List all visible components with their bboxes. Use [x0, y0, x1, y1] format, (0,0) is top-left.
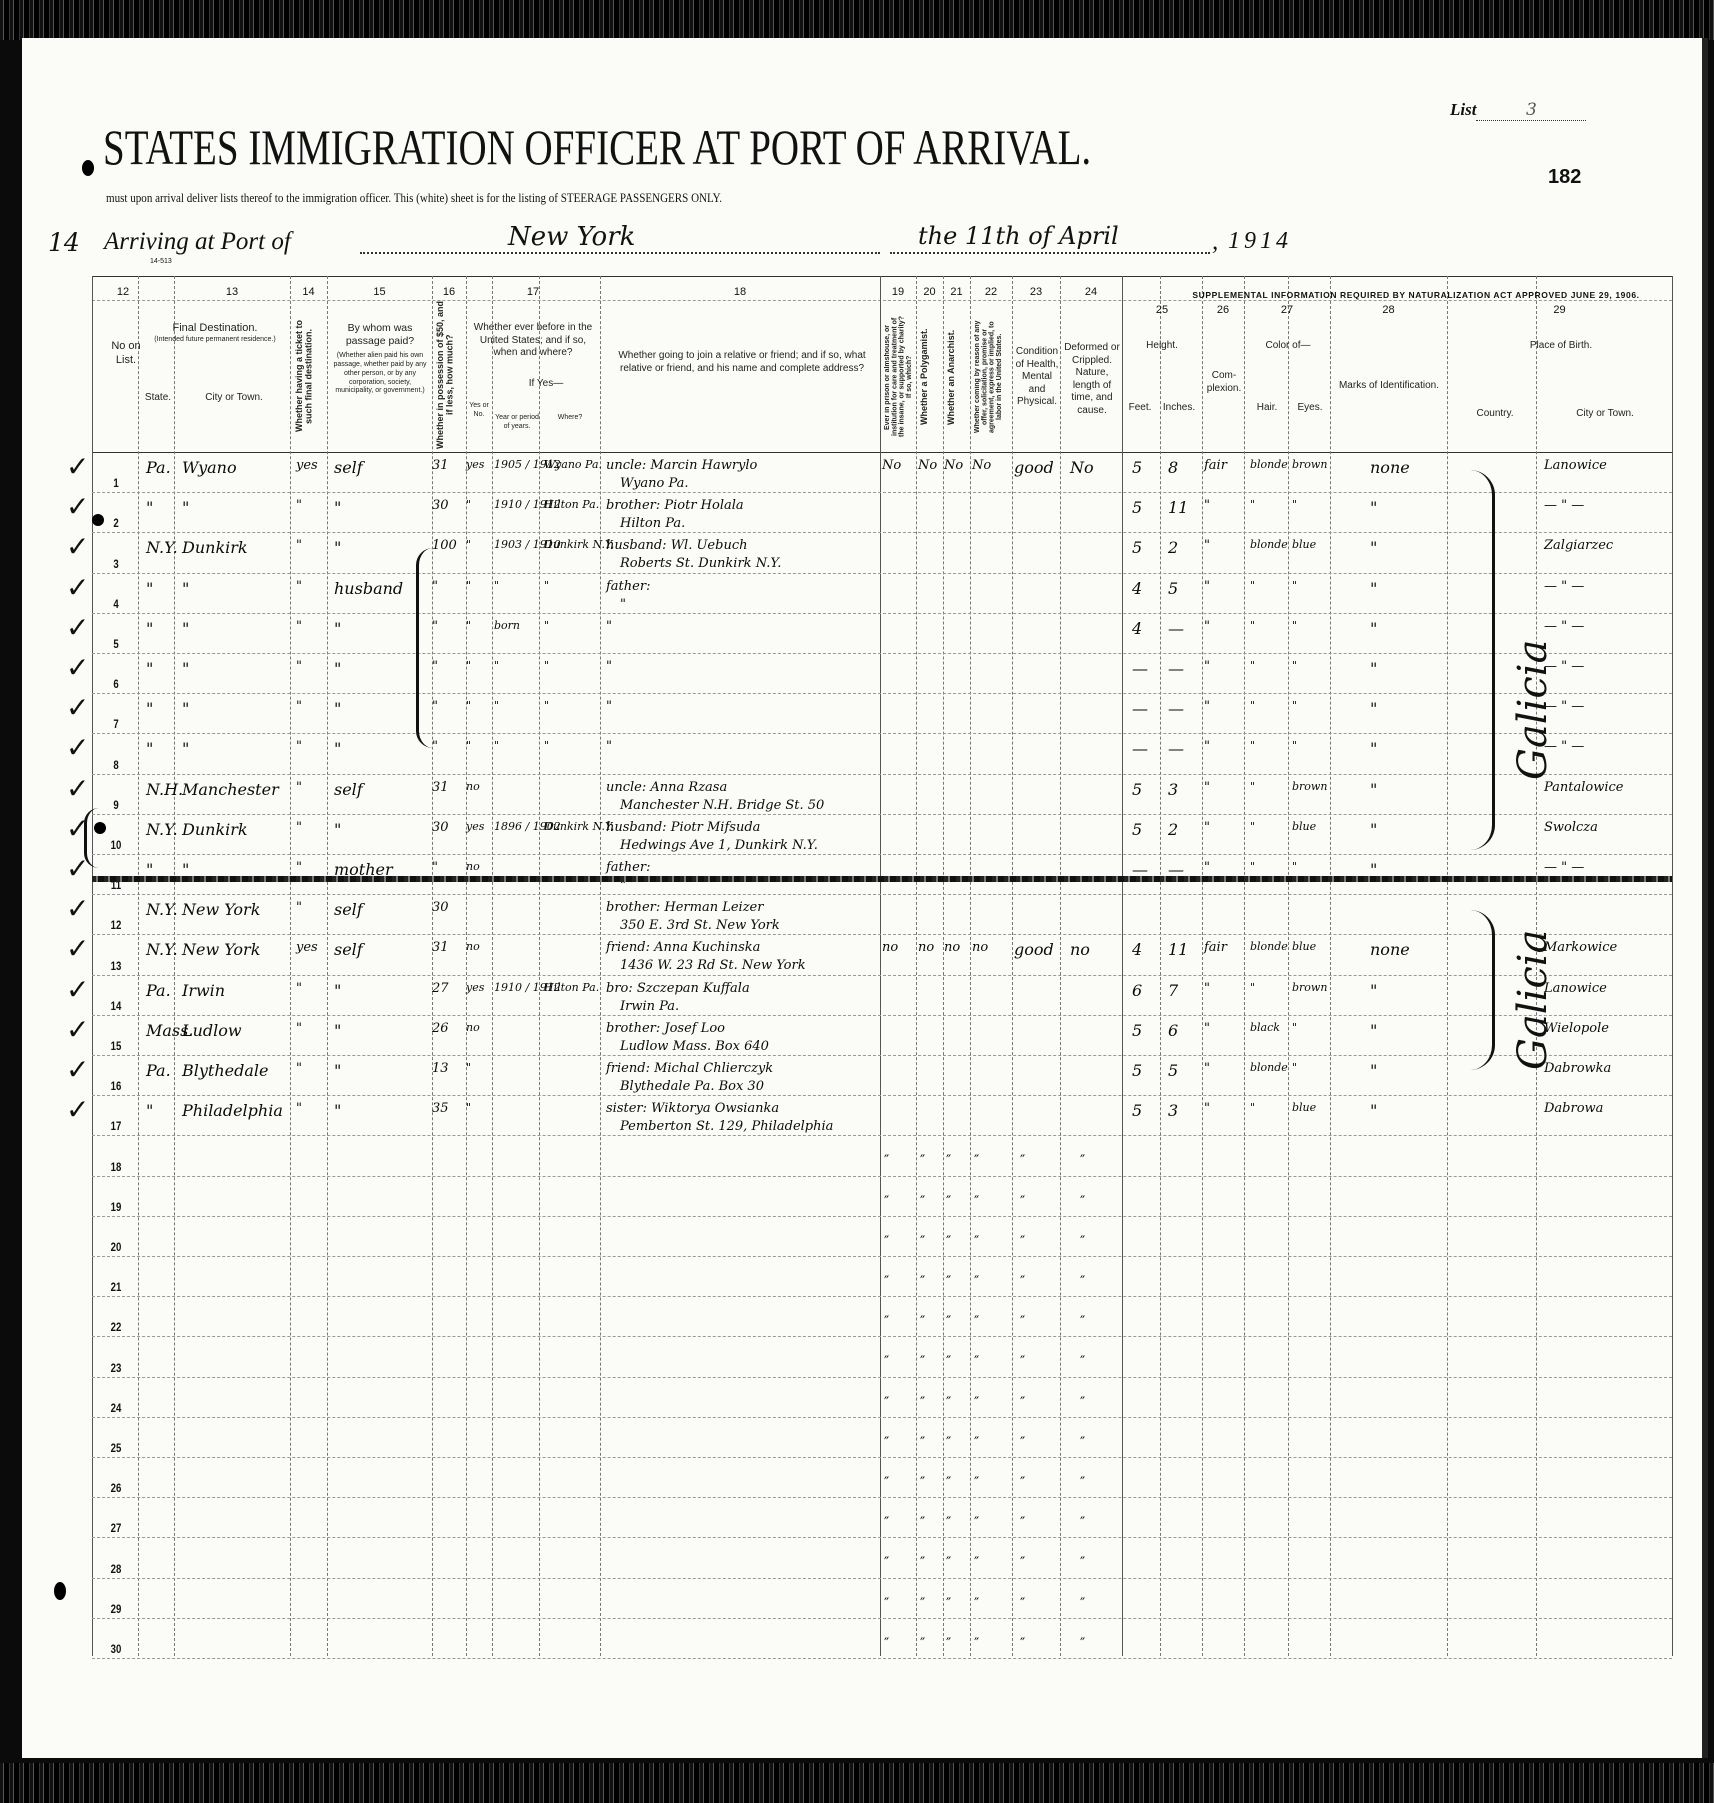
row-divider [92, 1135, 1672, 1136]
ditto-mark: ″ [1020, 1475, 1025, 1491]
ditto-mark: ″ [1080, 1274, 1085, 1290]
cell-marks: " [1370, 619, 1377, 638]
ditto-mark: ″ [946, 1395, 951, 1411]
cell-feet: — [1132, 659, 1148, 678]
country-brace-1-11 [1470, 470, 1495, 850]
col-26-header: Com-plexion. [1204, 370, 1244, 395]
cell-years: born [494, 619, 520, 632]
family-brace-10-11 [84, 808, 99, 868]
cell-eyes: " [1292, 1021, 1297, 1034]
cell-before: no [466, 1021, 480, 1034]
row-divider [92, 1216, 1672, 1217]
col-16-number: 16 [432, 286, 466, 298]
cell-marks: " [1370, 981, 1377, 1000]
row-divider [92, 934, 1672, 935]
cell-ticket: " [296, 619, 302, 634]
ditto-mark: ″ [884, 1314, 889, 1330]
cell-ticket: " [296, 739, 302, 754]
col-20-header: Whether a Polygamist. [920, 316, 942, 438]
row-divider [92, 894, 1672, 895]
passage-paid-label: By whom was passage paid? [330, 322, 430, 348]
row-number: 2 [106, 516, 125, 530]
cell-ticket: " [296, 900, 302, 915]
cell-before: no [466, 780, 480, 793]
cell-before: no [466, 940, 480, 953]
check-mark-icon: ✓ [66, 973, 89, 1006]
cell-inches: 5 [1168, 1061, 1178, 1080]
grid-line [970, 276, 971, 1656]
cell-city: Philadelphia [182, 1101, 283, 1120]
cell-inches: 2 [1168, 538, 1178, 557]
grid-line [327, 276, 328, 1656]
ditto-mark: ″ [946, 1636, 951, 1652]
row-divider [92, 1417, 1672, 1418]
grid-line [138, 276, 139, 1656]
cell-city: Wyano [182, 458, 237, 477]
col-12-header: No on List. [108, 340, 144, 368]
check-mark-icon: ✓ [66, 651, 89, 684]
cell-years: " [494, 739, 499, 752]
row-divider [92, 814, 1672, 815]
cell-where: Dunkirk N.Y. [544, 820, 614, 833]
cell-paid-by: husband [334, 579, 403, 598]
ditto-mark: ″ [1080, 1314, 1085, 1330]
ditto-mark: ″ [884, 1354, 889, 1370]
passage-paid-sub: (Whether alien paid his own passage, whe… [330, 352, 430, 396]
cell-complexion: " [1204, 659, 1210, 674]
row-number: 29 [106, 1602, 125, 1616]
row-number: 10 [106, 838, 125, 852]
cell-ticket: " [296, 860, 302, 875]
check-mark-icon: ✓ [66, 892, 89, 925]
cell-join: uncle: Anna Rzasa [606, 780, 727, 795]
ditto-mark: ″ [1020, 1153, 1025, 1169]
cell-before: " [466, 1101, 471, 1114]
ditto-mark: ″ [1020, 1555, 1025, 1571]
cell-join: husband: Wl. Uebuch [606, 538, 747, 553]
cell-state: N.H. [146, 780, 183, 799]
cell-inches: — [1168, 739, 1184, 758]
ditto-mark: ″ [1020, 1515, 1025, 1531]
cell-hair: " [1250, 981, 1255, 994]
cell-hair: " [1250, 498, 1255, 511]
col-25-inches: Inches. [1158, 402, 1200, 415]
cell-contract: No [972, 458, 991, 473]
ditto-mark: ″ [884, 1515, 889, 1531]
cell-where: Hilton Pa. [544, 498, 599, 511]
cell-ticket: " [296, 1101, 302, 1116]
cell-complexion: " [1204, 538, 1210, 553]
grid-line [539, 276, 540, 1656]
cell-join-address: Roberts St. Dunkirk N.Y. [620, 556, 781, 571]
cell-prison: No [882, 458, 901, 473]
cell-marks: " [1370, 820, 1377, 839]
row-divider [92, 1296, 1672, 1297]
cell-marks: none [1370, 940, 1410, 959]
col-15-number: 15 [327, 286, 432, 298]
grid-line [432, 276, 433, 1656]
cell-eyes: " [1292, 579, 1297, 592]
row-divider [92, 1336, 1672, 1337]
cell-marks: " [1370, 1021, 1377, 1040]
ditto-mark: ″ [946, 1234, 951, 1250]
ditto-mark: ″ [974, 1153, 979, 1169]
ditto-mark: ″ [974, 1435, 979, 1451]
cell-join-address: Blythedale Pa. Box 30 [620, 1079, 764, 1094]
port-underline [360, 252, 880, 254]
ditto-mark: ″ [1020, 1354, 1025, 1370]
cell-join-address: Hilton Pa. [620, 516, 685, 531]
row-number: 14 [106, 999, 125, 1013]
cell-city: Dunkirk [182, 820, 248, 839]
row-divider [92, 532, 1672, 533]
cell-eyes: " [1292, 860, 1297, 873]
page-subtitle: must upon arrival deliver lists thereof … [106, 190, 722, 206]
cell-feet: 5 [1132, 498, 1142, 517]
cell-marks: " [1370, 1101, 1377, 1120]
cell-hair: blonde [1250, 538, 1288, 551]
cell-money: 30 [432, 900, 449, 915]
row-number: 15 [106, 1039, 125, 1053]
ditto-mark: ″ [946, 1596, 951, 1612]
cell-paid-by: self [334, 780, 363, 799]
cell-paid-by: " [334, 1061, 341, 1080]
cell-paid-by: " [334, 619, 341, 638]
cell-hair: " [1250, 860, 1255, 873]
cell-state: N.Y. [146, 820, 178, 839]
row-divider [92, 1618, 1672, 1619]
cell-inches: 5 [1168, 579, 1178, 598]
ditto-mark: ″ [920, 1475, 925, 1491]
cell-feet: 5 [1132, 1101, 1142, 1120]
grid-line [943, 276, 944, 1656]
ditto-mark: ″ [1020, 1636, 1025, 1652]
cell-paid-by: self [334, 940, 363, 959]
cell-complexion: " [1204, 1061, 1210, 1076]
cell-before: " [466, 1061, 471, 1074]
cell-feet: 5 [1132, 538, 1142, 557]
cell-join: friend: Anna Kuchinska [606, 940, 760, 955]
cell-join: friend: Michal Chlierczyk [606, 1061, 773, 1076]
cell-anarchist: No [944, 458, 963, 473]
cell-marks: " [1370, 659, 1377, 678]
cell-inches: 11 [1168, 498, 1188, 517]
check-mark-icon: ✓ [66, 1093, 89, 1126]
check-mark-icon: ✓ [66, 611, 89, 644]
cell-join-address: 350 E. 3rd St. New York [620, 918, 780, 933]
check-mark-icon: ✓ [66, 932, 89, 965]
cell-before: " [466, 699, 471, 712]
ditto-mark: ″ [1080, 1153, 1085, 1169]
grid-line [1012, 276, 1013, 1656]
cell-eyes: blue [1292, 538, 1316, 551]
cell-before: yes [466, 458, 484, 471]
cell-complexion: " [1204, 619, 1210, 634]
cell-eyes: blue [1292, 940, 1316, 953]
grid-line [1244, 276, 1245, 1656]
ditto-mark: ″ [974, 1234, 979, 1250]
row-divider [92, 1658, 1672, 1659]
cell-city: Blythedale [182, 1061, 268, 1080]
check-mark-icon: ✓ [66, 530, 89, 563]
ditto-mark: ″ [974, 1555, 979, 1571]
cell-city: " [182, 579, 189, 598]
row-number: 4 [106, 597, 125, 611]
cell-complexion: " [1204, 820, 1210, 835]
cell-polygamist: No [918, 458, 937, 473]
ditto-mark: ″ [974, 1194, 979, 1210]
row-number: 8 [106, 758, 125, 772]
cell-before: " [466, 498, 471, 511]
cell-city: New York [182, 900, 260, 919]
cell-join: " [606, 659, 612, 674]
cell-eyes: " [1292, 739, 1297, 752]
page-title: STATES IMMIGRATION OFFICER AT PORT OF AR… [103, 118, 1091, 176]
grid-line [492, 276, 493, 1656]
row-divider [92, 1055, 1672, 1056]
cell-before: no [466, 860, 480, 873]
ditto-mark: ″ [946, 1354, 951, 1370]
col-17-number: 17 [466, 286, 600, 298]
row-divider [92, 653, 1672, 654]
col-29-header: Place of Birth. [1450, 340, 1672, 353]
ditto-mark: ″ [946, 1314, 951, 1330]
col-15-header: By whom was passage paid?(Whether alien … [330, 322, 430, 396]
cell-city: Irwin [182, 981, 225, 1000]
ditto-mark: ″ [920, 1435, 925, 1451]
col-13-state: State. [140, 392, 176, 405]
cell-complexion: " [1204, 780, 1210, 795]
row-number: 1 [106, 476, 125, 490]
cell-money: 27 [432, 981, 449, 996]
cell-hair: " [1250, 780, 1255, 793]
cell-ticket: " [296, 780, 302, 795]
cell-complexion: " [1204, 981, 1210, 996]
row-divider [92, 1377, 1672, 1378]
ditto-mark: ″ [920, 1153, 925, 1169]
cell-state: N.Y. [146, 900, 178, 919]
row-divider [92, 1497, 1672, 1498]
col-27-header: Color of— [1246, 340, 1330, 353]
date-underline [890, 252, 1210, 254]
ditto-mark: ″ [1080, 1555, 1085, 1571]
ditto-mark: ″ [884, 1555, 889, 1571]
final-destination-label: Final Destination. [140, 322, 290, 336]
sheet-number: 182 [1548, 166, 1581, 189]
col-27-hair: Hair. [1246, 402, 1288, 415]
ditto-mark: ″ [1020, 1234, 1025, 1250]
cell-where: " [544, 699, 549, 712]
ditto-mark: ″ [884, 1234, 889, 1250]
arrival-date: the 11th of April [918, 222, 1119, 250]
row-number: 19 [106, 1200, 125, 1214]
row-number: 23 [106, 1361, 125, 1375]
cell-before: " [466, 538, 471, 551]
cell-join: brother: Herman Leizer [606, 900, 763, 915]
cell-join: father: [606, 860, 650, 875]
cell-birth-city: Zalgiarzec [1544, 538, 1613, 553]
row-number: 26 [106, 1481, 125, 1495]
cell-where: " [544, 579, 549, 592]
grid-line [1672, 276, 1673, 1656]
col-29-number: 29 [1447, 304, 1672, 316]
row-number: 12 [106, 918, 125, 932]
cell-join: uncle: Marcin Hawrylo [606, 458, 757, 473]
row-number: 21 [106, 1280, 125, 1294]
cell-complexion: " [1204, 1101, 1210, 1116]
cell-paid-by: " [334, 739, 341, 758]
cell-complexion: " [1204, 579, 1210, 594]
cell-marks: " [1370, 1061, 1377, 1080]
arrival-line: 14 Arriving at Port of New York the 11th… [48, 228, 1248, 262]
cell-complexion: fair [1204, 940, 1227, 955]
row-divider [92, 1256, 1672, 1257]
grid-line [1060, 276, 1061, 1656]
col-17-year: Year or period of years. [494, 414, 540, 432]
col-22-header: Whether coming by reason of any offer, s… [974, 316, 1010, 438]
cell-eyes: blue [1292, 1101, 1316, 1114]
cell-money: 31 [432, 458, 449, 473]
cell-before: yes [466, 981, 484, 994]
row-divider [92, 1176, 1672, 1177]
final-destination-sub: (Intended future permanent residence.) [140, 336, 290, 345]
ditto-mark: ″ [974, 1596, 979, 1612]
col-22-number: 22 [970, 286, 1012, 298]
cell-hair: " [1250, 579, 1255, 592]
cell-join-address: Irwin Pa. [620, 999, 679, 1014]
cell-city: New York [182, 940, 260, 959]
grid-line [916, 276, 917, 1656]
col-19-header: Ever in prison or almshouse, or institut… [884, 316, 914, 438]
ditto-mark: ″ [974, 1636, 979, 1652]
cell-feet: — [1132, 699, 1148, 718]
cell-complexion: " [1204, 1021, 1210, 1036]
row-divider [92, 733, 1672, 734]
ditto-mark: ″ [974, 1314, 979, 1330]
col-14-number: 14 [290, 286, 327, 298]
cell-join: bro: Szczepan Kuffala [606, 981, 750, 996]
ditto-mark: ″ [1080, 1194, 1085, 1210]
ditto-mark: ″ [884, 1435, 889, 1451]
ditto-mark: ″ [920, 1314, 925, 1330]
ditto-mark: ″ [884, 1153, 889, 1169]
ditto-mark: ″ [946, 1515, 951, 1531]
cell-join: " [606, 699, 612, 714]
row-number: 18 [106, 1160, 125, 1174]
cell-eyes: " [1292, 619, 1297, 632]
cell-hair: black [1250, 1021, 1280, 1034]
col-21-number: 21 [943, 286, 970, 298]
col-28-header: Marks of Identification. [1332, 380, 1446, 393]
check-mark-icon: ✓ [66, 1053, 89, 1086]
col-17-header: Whether ever before in the United States… [468, 322, 598, 360]
cell-ticket: " [296, 1061, 302, 1076]
row-divider [92, 492, 1672, 493]
cell-inches: 11 [1168, 940, 1188, 959]
cell-ticket: " [296, 1021, 302, 1036]
grid-line [1122, 276, 1123, 1656]
cell-feet: 4 [1132, 940, 1142, 959]
cell-state: " [146, 659, 153, 678]
grid-line [92, 300, 1672, 301]
col-25-header: Height. [1122, 340, 1202, 353]
cell-inches: 3 [1168, 1101, 1178, 1120]
cell-join: father: [606, 579, 650, 594]
cell-feet: — [1132, 739, 1148, 758]
cell-deformed: no [1070, 940, 1090, 959]
cell-ticket: " [296, 579, 302, 594]
cell-ticket: " [296, 981, 302, 996]
cell-money: 35 [432, 1101, 449, 1116]
cell-before: yes [466, 820, 484, 833]
grid-line [1288, 276, 1289, 1656]
cell-inches: 3 [1168, 780, 1178, 799]
cell-birth-city: — " — [1544, 860, 1584, 875]
cell-health: good [1014, 940, 1054, 959]
page-prefix: 14 [48, 228, 80, 257]
cell-birth-city: Pantalowice [1544, 780, 1624, 795]
family-brace-3-8 [416, 548, 433, 748]
cell-marks: " [1370, 780, 1377, 799]
cell-join: " [606, 739, 612, 754]
cell-feet: 5 [1132, 1061, 1142, 1080]
ditto-mark: ″ [1020, 1596, 1025, 1612]
check-mark-icon: ✓ [66, 450, 89, 483]
cell-city: " [182, 659, 189, 678]
ditto-mark: ″ [884, 1475, 889, 1491]
cell-join-address: Ludlow Mass. Box 640 [620, 1039, 769, 1054]
col-29-city: City or Town. [1540, 408, 1670, 421]
cell-state: " [146, 498, 153, 517]
row-number: 20 [106, 1240, 125, 1254]
cell-birth-city: Dabrowa [1544, 1101, 1603, 1116]
cell-contract: no [972, 940, 988, 955]
cell-hair: blonde [1250, 458, 1288, 471]
ditto-mark: ″ [1080, 1475, 1085, 1491]
scan-border-bottom [0, 1763, 1714, 1803]
cell-where: Dunkirk N.Y. [544, 538, 614, 551]
hole-punch [54, 1582, 66, 1600]
cell-feet: 5 [1132, 1021, 1142, 1040]
cell-paid-by: " [334, 659, 341, 678]
list-number: List3 [1450, 100, 1586, 121]
col-12-number: 12 [108, 286, 138, 298]
cell-ticket: " [296, 659, 302, 674]
row-number: 3 [106, 557, 125, 571]
cell-state: N.Y. [146, 538, 178, 557]
ditto-mark: ″ [920, 1234, 925, 1250]
cell-inches: 2 [1168, 820, 1178, 839]
manifest-grid [92, 276, 1672, 1656]
list-label: List [1450, 100, 1476, 119]
ditto-mark: ″ [1080, 1636, 1085, 1652]
col-20-number: 20 [916, 286, 943, 298]
ditto-mark: ″ [946, 1153, 951, 1169]
cell-hair: " [1250, 619, 1255, 632]
col-28-number: 28 [1330, 304, 1447, 316]
cell-join-address: Manchester N.H. Bridge St. 50 [620, 798, 824, 813]
row-number: 17 [106, 1119, 125, 1133]
country-galicia-1: Galicia [1510, 580, 1556, 780]
cell-eyes: brown [1292, 780, 1327, 793]
cell-paid-by: " [334, 1021, 341, 1040]
ditto-mark: ″ [920, 1636, 925, 1652]
col-19-number: 19 [880, 286, 916, 298]
col-26-number: 26 [1202, 304, 1244, 316]
cell-join: husband: Piotr Mifsuda [606, 820, 760, 835]
cell-complexion: fair [1204, 458, 1227, 473]
row-number: 30 [106, 1642, 125, 1656]
